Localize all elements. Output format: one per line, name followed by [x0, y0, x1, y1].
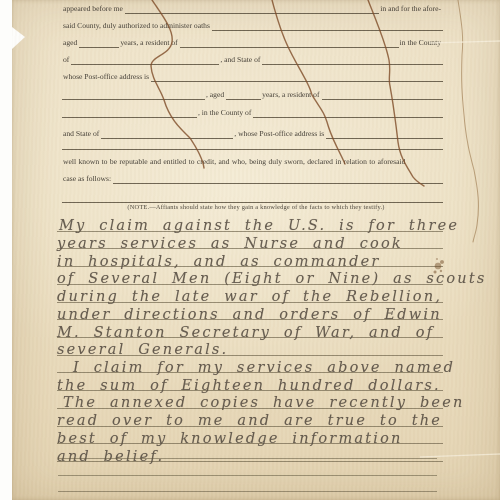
printed-text: , aged — [205, 91, 226, 100]
form-row: agedyears, a resident ofin the County — [62, 35, 443, 48]
fill-line — [62, 86, 205, 100]
fill-line — [62, 136, 443, 150]
handwritten-line: best of my knowledge information — [57, 427, 443, 445]
handwritten-line: My claim against the U.S. is for three — [57, 214, 443, 232]
form-row — [62, 137, 443, 150]
fill-line — [71, 51, 219, 65]
document-page: appeared before mein and for the afore-s… — [12, 0, 500, 500]
handwritten-line: read over to me and are true to the — [57, 409, 443, 427]
printed-text: years, a resident of — [261, 91, 321, 100]
form-row: appeared before mein and for the afore- — [62, 1, 443, 14]
handwritten-line: I claim for my services above named — [57, 356, 443, 374]
printed-text: years, a resident of — [119, 39, 179, 48]
printed-text: appeared before me — [62, 5, 125, 14]
form-row: well known to be reputable and entitled … — [62, 154, 443, 167]
fill-line — [212, 17, 443, 31]
fill-line — [62, 189, 443, 203]
handwritten-statement: My claim against the U.S. is for threeye… — [57, 214, 443, 462]
form-row: , agedyears, a resident of — [62, 87, 443, 100]
form-note: (NOTE.—Affiants should state how they ga… — [12, 204, 500, 211]
fill-line — [226, 86, 261, 100]
fill-line — [262, 51, 443, 65]
form-row: whose Post-office address is — [62, 69, 443, 82]
handwritten-line: several Generals. — [57, 338, 443, 356]
handwritten-line: under directions and orders of Edwin — [57, 303, 443, 321]
handwritten-line: in hospitals, and as commander — [57, 249, 443, 267]
printed-text: aged — [62, 39, 79, 48]
form-row: said County, duly authorized to administ… — [62, 18, 443, 31]
fill-line — [113, 170, 443, 184]
handwritten-line: and belief. — [57, 444, 443, 462]
handwritten-line: of Several Men (Eight or Nine) as scouts — [57, 267, 443, 285]
fill-line — [151, 68, 443, 82]
printed-text: case as follows: — [62, 175, 113, 184]
blank-rule-line — [58, 491, 437, 492]
printed-text: said County, duly authorized to administ… — [62, 22, 212, 31]
fill-line — [253, 104, 443, 118]
fill-line — [180, 34, 399, 48]
blank-rule-line — [58, 475, 437, 476]
handwritten-text: and belief. — [57, 450, 164, 465]
blank-rule-line — [58, 458, 437, 459]
handwritten-line: M. Stanton Secretary of War, and of — [57, 320, 443, 338]
form-row — [62, 190, 443, 203]
handwritten-line: during the late war of the Rebellion, — [57, 285, 443, 303]
printed-text: , and State of — [219, 56, 262, 65]
fill-line — [79, 34, 119, 48]
printed-text: well known to be reputable and entitled … — [62, 158, 407, 167]
printed-text: whose Post-office address is — [62, 73, 151, 82]
form-row: of, and State of — [62, 52, 443, 65]
printed-text: in the County — [399, 39, 443, 48]
fill-line — [322, 86, 444, 100]
form-row: , in the County of — [62, 105, 443, 118]
handwritten-line: years services as Nurse and cook — [57, 232, 443, 250]
scanned-document: appeared before mein and for the afore-s… — [0, 0, 500, 500]
handwritten-line: the sum of Eighteen hundred dollars. — [57, 373, 443, 391]
printed-text: in and for the afore- — [379, 5, 443, 14]
form-row: case as follows: — [62, 171, 443, 184]
printed-text: , in the County of — [197, 109, 253, 118]
fill-line — [125, 0, 379, 14]
printed-text: of — [62, 56, 71, 65]
fill-line — [62, 104, 197, 118]
handwritten-line: The annexed copies have recently been — [57, 391, 443, 409]
